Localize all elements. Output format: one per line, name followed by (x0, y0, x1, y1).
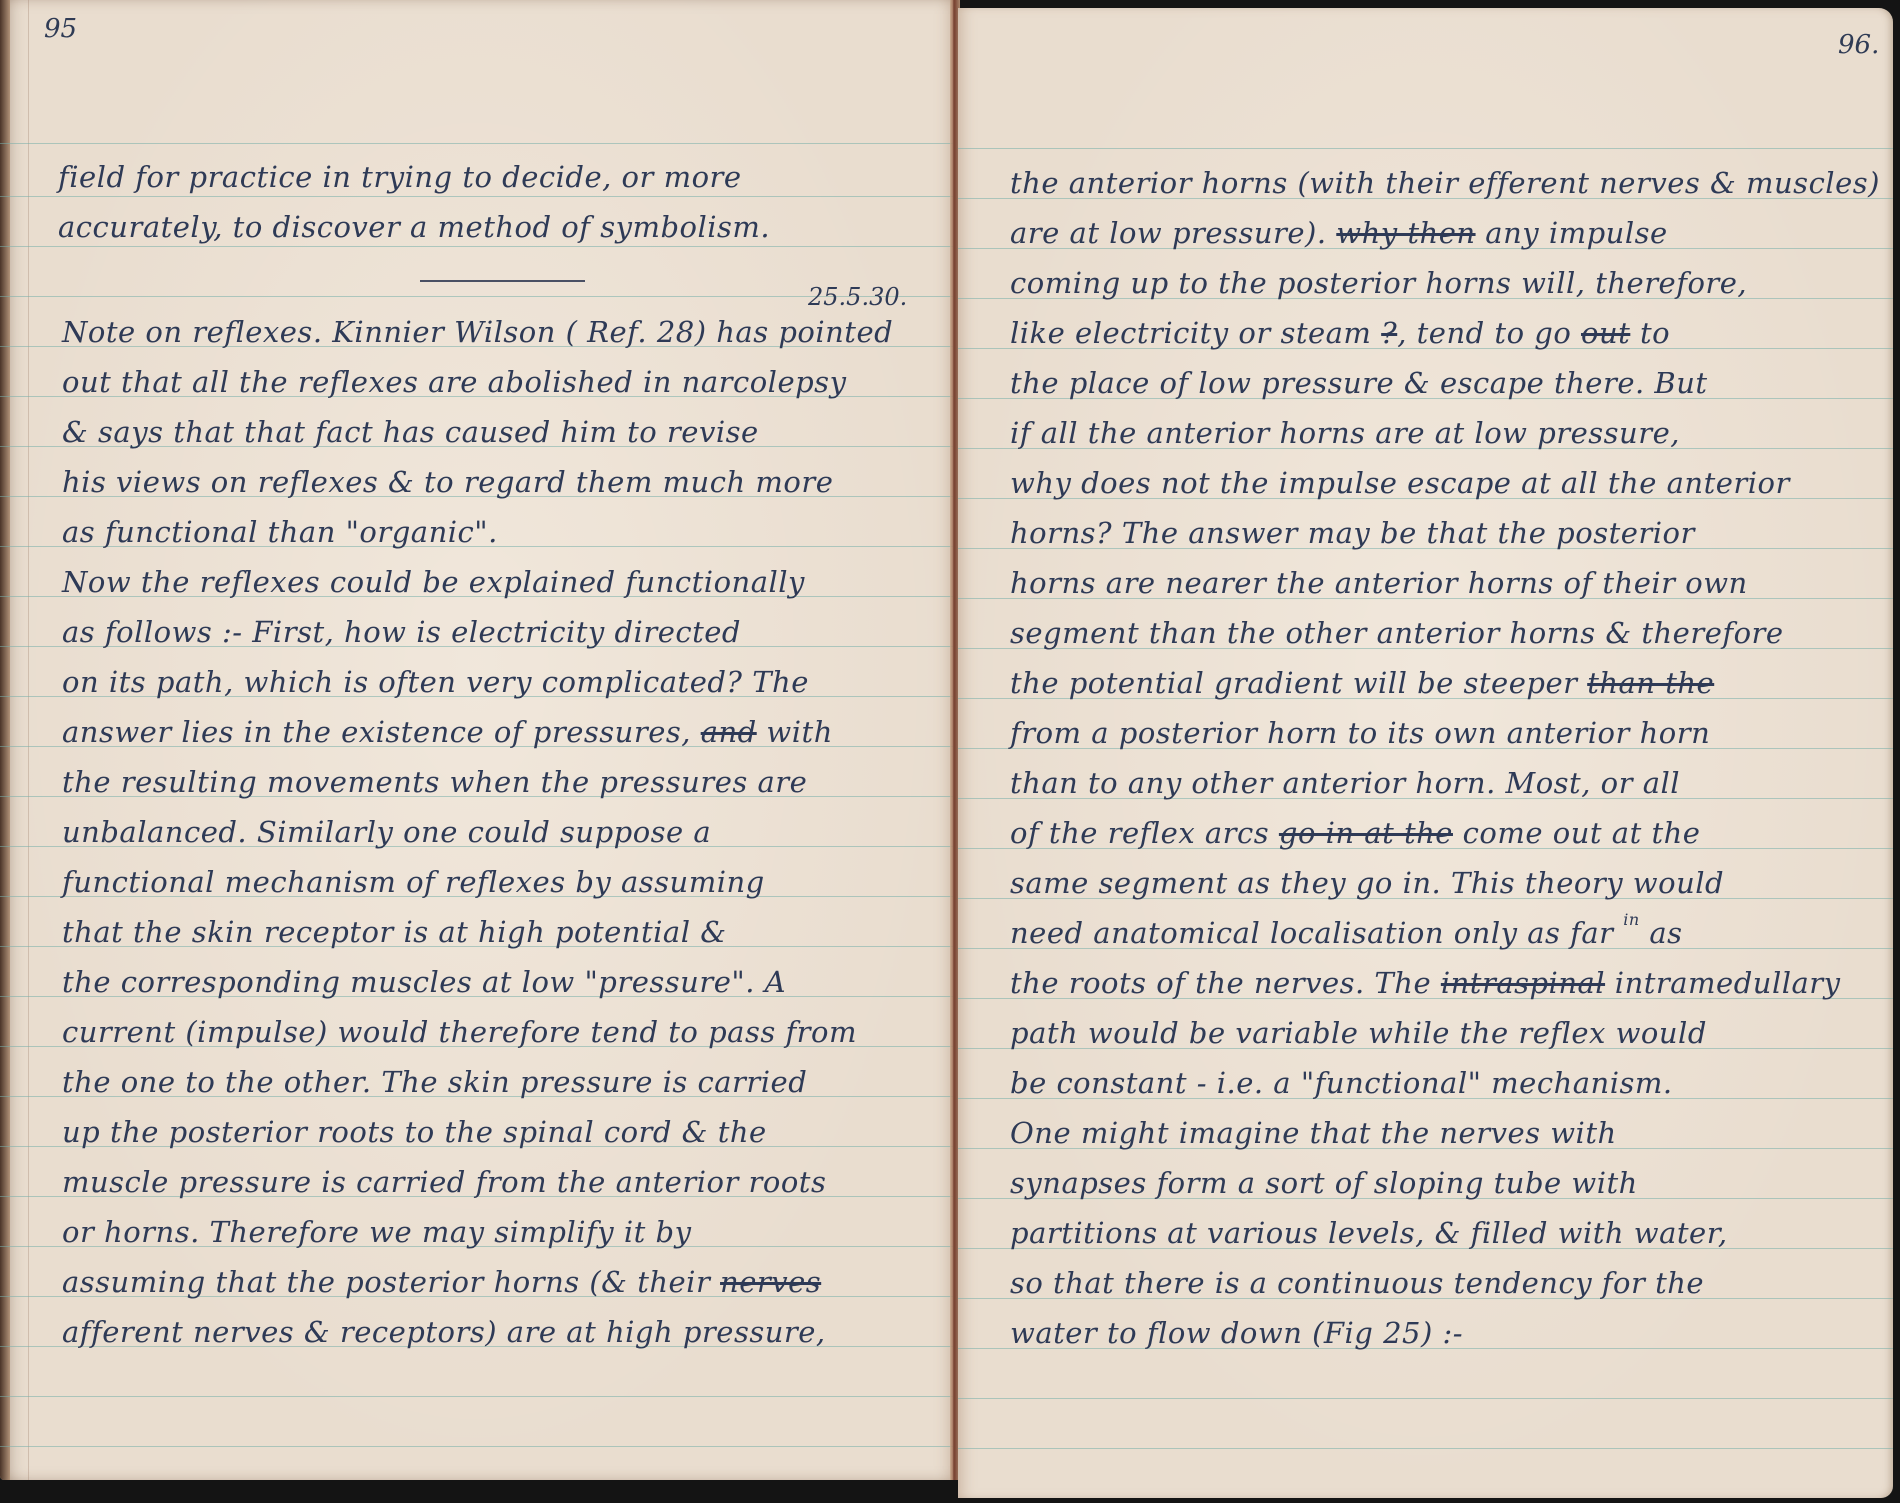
handwritten-line: horns are nearer the anterior horns of t… (1010, 566, 1748, 600)
handwritten-line: One might imagine that the nerves with (1010, 1116, 1617, 1150)
struck-word: ? (1381, 316, 1397, 350)
handwritten-line: so that there is a continuous tendency f… (1010, 1266, 1704, 1300)
ruled-line (0, 196, 953, 197)
struck-word: nerves (720, 1265, 821, 1299)
handwritten-line: the roots of the nerves. The intraspinal… (1010, 966, 1841, 1000)
handwritten-line: like electricity or steam ?, tend to go … (1010, 316, 1670, 350)
ruled-line (0, 1396, 953, 1397)
handwritten-line: be constant - i.e. a "functional" mechan… (1010, 1066, 1673, 1100)
struck-word: intraspinal (1441, 966, 1605, 1000)
handwritten-line: as functional than "organic". (62, 515, 498, 549)
handwritten-line: need anatomical localisation only as far… (1010, 916, 1683, 950)
handwritten-line: answer lies in the existence of pressure… (62, 715, 833, 749)
handwritten-line: current (impulse) would therefore tend t… (62, 1015, 857, 1049)
handwritten-line: Now the reflexes could be explained func… (62, 565, 805, 599)
handwritten-line: segment than the other anterior horns & … (1010, 616, 1784, 650)
struck-word: than the (1587, 666, 1714, 700)
handwritten-line: path would be variable while the reflex … (1010, 1016, 1707, 1050)
handwritten-line: muscle pressure is carried from the ante… (62, 1165, 826, 1199)
handwritten-line: functional mechanism of reflexes by assu… (62, 865, 765, 899)
handwritten-line: are at low pressure). why then any impul… (1010, 216, 1668, 250)
ruled-line (958, 148, 1893, 149)
section-divider (420, 280, 585, 282)
ruled-line (0, 143, 953, 144)
handwritten-line: partitions at various levels, & filled w… (1010, 1216, 1728, 1250)
handwritten-line: than to any other anterior horn. Most, o… (1010, 766, 1680, 800)
handwritten-line: the one to the other. The skin pressure … (62, 1065, 807, 1099)
struck-word: out (1581, 316, 1630, 350)
handwritten-line: the resulting movements when the pressur… (62, 765, 807, 799)
ruled-line (0, 1446, 953, 1447)
struck-word: why then (1336, 216, 1475, 250)
handwritten-line: of the reflex arcs go in at the come out… (1010, 816, 1700, 850)
handwritten-line: that the skin receptor is at high potent… (62, 915, 727, 949)
struck-word: and (701, 715, 757, 749)
handwritten-line: accurately, to discover a method of symb… (58, 210, 770, 244)
handwritten-line: the corresponding muscles at low "pressu… (62, 965, 786, 999)
handwritten-line: synapses form a sort of sloping tube wit… (1010, 1166, 1638, 1200)
handwritten-line: coming up to the posterior horns will, t… (1010, 266, 1747, 300)
handwritten-line: same segment as they go in. This theory … (1010, 866, 1724, 900)
ruled-line (958, 1448, 1893, 1449)
right-page: 96. the anterior horns (with their effer… (958, 8, 1893, 1498)
handwritten-line: water to flow down (Fig 25) :- (1010, 1316, 1463, 1350)
page-edge-left (0, 0, 10, 1480)
handwritten-line: afferent nerves & receptors) are at high… (62, 1315, 826, 1349)
handwritten-line: up the posterior roots to the spinal cor… (62, 1115, 767, 1149)
handwritten-line: his views on reflexes & to regard them m… (62, 465, 833, 499)
handwritten-line: on its path, which is often very complic… (62, 665, 809, 699)
entry-date: 25.5.30. (808, 283, 907, 311)
handwritten-line: why does not the impulse escape at all t… (1010, 466, 1790, 500)
left-page: 95 field for practice in trying to decid… (0, 0, 953, 1480)
ruled-line (958, 1398, 1893, 1399)
handwritten-line: the place of low pressure & escape there… (1010, 366, 1708, 400)
struck-word: go in at the (1279, 816, 1453, 850)
inserted-word: in (1623, 910, 1639, 929)
handwritten-line: Note on reflexes. Kinnier Wilson ( Ref. … (62, 315, 893, 349)
handwritten-line: or horns. Therefore we may simplify it b… (62, 1215, 691, 1249)
handwritten-line: horns? The answer may be that the poster… (1010, 516, 1695, 550)
handwritten-line: assuming that the posterior horns (& the… (62, 1265, 821, 1299)
handwritten-line: unbalanced. Similarly one could suppose … (62, 815, 711, 849)
handwritten-line: & says that that fact has caused him to … (62, 415, 759, 449)
handwritten-line: if all the anterior horns are at low pre… (1010, 416, 1680, 450)
ruled-line (0, 246, 953, 247)
handwritten-line: as follows :- First, how is electricity … (62, 615, 741, 649)
page-number-right: 96. (1838, 30, 1879, 60)
handwritten-line: out that all the reflexes are abolished … (62, 365, 846, 399)
handwritten-line: the potential gradient will be steeper t… (1010, 666, 1714, 700)
handwritten-line: the anterior horns (with their efferent … (1010, 166, 1880, 200)
handwritten-line: from a posterior horn to its own anterio… (1010, 716, 1710, 750)
handwritten-line: field for practice in trying to decide, … (58, 160, 742, 194)
page-number-left: 95 (44, 14, 77, 44)
notebook-spread: 95 field for practice in trying to decid… (0, 0, 1900, 1503)
margin-rule (28, 0, 29, 1480)
